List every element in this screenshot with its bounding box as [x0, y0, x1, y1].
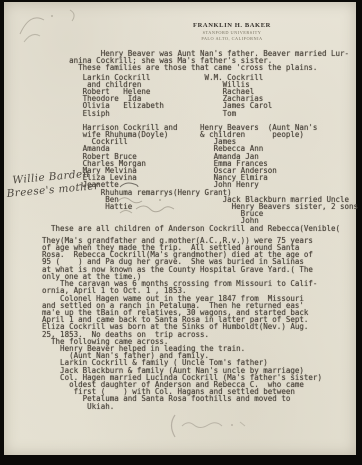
- pencil-note-bottom: [166, 412, 254, 440]
- caravan-paragraph: The caravan was 6 months crossing from M…: [42, 280, 354, 294]
- ink-squiggle-jeanette: [118, 179, 140, 189]
- letterhead-org: STANFORD UNIVERSITY: [162, 30, 302, 35]
- letterhead-location: PALO ALTO, CALIFORNIA: [162, 36, 302, 41]
- intro-paragraph: Henry Beaver was Aunt Nan's father. Beav…: [42, 50, 354, 72]
- family-list-larkin-wm-cockrill: Larkin Cockrill W.M. Cockrill and childr…: [42, 74, 354, 117]
- hagen-paragraph: Colonel Hagen wame out in the year 1847 …: [42, 295, 354, 338]
- remarriage-block: Rhuhuma remarrys(Henry Grant) Ben Jack B…: [42, 189, 354, 225]
- document-page: FRANKLIN H. BAKER STANFORD UNIVERSITY PA…: [4, 2, 356, 455]
- typewritten-body: Henry Beaver was Aunt Nan's father. Beav…: [42, 50, 354, 410]
- pencil-scribble-ben-hattie: [116, 193, 178, 219]
- scanned-document: FRANKLIN H. BAKER STANFORD UNIVERSITY PA…: [0, 0, 362, 465]
- letterhead-name: FRANKLIN H. BAKER: [162, 22, 302, 29]
- came-across-list: The following came across. Henry Beaver …: [42, 338, 354, 410]
- letterhead: FRANKLIN H. BAKER STANFORD UNIVERSITY PA…: [162, 22, 302, 41]
- children-summary-line: These are all children of Anderson Cockr…: [42, 225, 354, 232]
- trip-paragraph: They(Ma's grandfather and g.mother(A.C.,…: [42, 237, 354, 280]
